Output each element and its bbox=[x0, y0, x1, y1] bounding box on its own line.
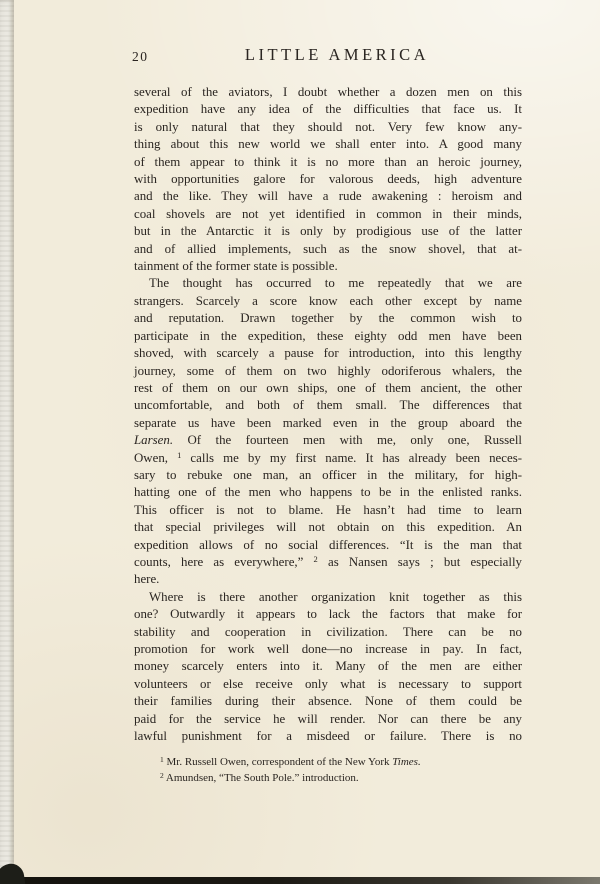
text-line: with opportunities galore for valorous d… bbox=[134, 171, 522, 188]
book-page-scan: 20 LITTLE AMERICA several of the aviator… bbox=[0, 0, 600, 884]
text-line: participate in the expedition, these eig… bbox=[134, 328, 522, 345]
text-line: uncomfortable, and both of them small. T… bbox=[134, 397, 522, 414]
text-line: their families during their absence. Non… bbox=[134, 693, 522, 710]
text-line: separate us have been marked even in the… bbox=[134, 415, 522, 432]
text-line: of them appear to think it is no more th… bbox=[134, 154, 522, 171]
text-line: several of the aviators, I doubt whether… bbox=[134, 84, 522, 101]
text-line: This officer is not to blame. He hasn’t … bbox=[134, 502, 522, 519]
text-line: expedition allows of no social differenc… bbox=[134, 537, 522, 554]
text-line: counts, here as everywhere,” 2 as Nansen… bbox=[134, 554, 522, 571]
text-line: is only natural that they should not. Ve… bbox=[134, 119, 522, 136]
text-line: lawful punishment for a misdeed or failu… bbox=[134, 728, 522, 745]
page-number: 20 bbox=[132, 49, 149, 65]
text-line: strangers. Scarcely a score know each ot… bbox=[134, 293, 522, 310]
text-line: that special privileges will not obtain … bbox=[134, 519, 522, 536]
page-deckle-edge bbox=[0, 0, 14, 884]
text-column: 20 LITTLE AMERICA several of the aviator… bbox=[134, 46, 522, 786]
text-line: but in the Antarctic it is only by prodi… bbox=[134, 223, 522, 240]
text-line: and of allied implements, such as the sn… bbox=[134, 241, 522, 258]
text-line: promotion for work well done—no increase… bbox=[134, 641, 522, 658]
text-line: rest of them on our own ships, one of th… bbox=[134, 380, 522, 397]
text-line: shoved, with scarcely a pause for introd… bbox=[134, 345, 522, 362]
footnotes: 1 Mr. Russell Owen, correspondent of the… bbox=[134, 755, 522, 786]
text-line: tainment of the former state is possible… bbox=[134, 258, 522, 275]
body-text: several of the aviators, I doubt whether… bbox=[134, 84, 522, 745]
text-line: and the like. They will have a rude awak… bbox=[134, 188, 522, 205]
text-line: and reputation. Drawn together by the co… bbox=[134, 310, 522, 327]
text-line: 2 Amundsen, “The South Pole.” introducti… bbox=[160, 771, 522, 787]
text-line: paid for the service he will render. Nor… bbox=[134, 711, 522, 728]
text-line: money scarcely enters into it. Many of t… bbox=[134, 658, 522, 675]
text-line: coal shovels are not yet identified in c… bbox=[134, 206, 522, 223]
text-line: here. bbox=[134, 571, 522, 588]
text-line: Owen, 1 calls me by my first name. It ha… bbox=[134, 450, 522, 467]
text-line: Larsen. Of the fourteen men with me, onl… bbox=[134, 432, 522, 449]
text-line: Where is there another organization knit… bbox=[134, 589, 522, 606]
text-line: The thought has occurred to me repeatedl… bbox=[134, 275, 522, 292]
text-line: expedition have any idea of the difficul… bbox=[134, 101, 522, 118]
text-line: volunteers or else receive only what is … bbox=[134, 676, 522, 693]
book-cover-corner bbox=[0, 862, 26, 884]
book-bottom-edge bbox=[0, 877, 600, 884]
running-title: LITTLE AMERICA bbox=[245, 45, 429, 65]
text-line: thing about this new world we shall ente… bbox=[134, 136, 522, 153]
text-line: journey, some of them on two highly odor… bbox=[134, 363, 522, 380]
text-line: 1 Mr. Russell Owen, correspondent of the… bbox=[160, 755, 522, 771]
text-line: stability and cooperation in civilizatio… bbox=[134, 624, 522, 641]
text-line: one? Outwardly it appears to lack the fa… bbox=[134, 606, 522, 623]
text-line: sary to rebuke one man, an officer in th… bbox=[134, 467, 522, 484]
text-line: hatting one of the men who happens to be… bbox=[134, 484, 522, 501]
page-header: 20 LITTLE AMERICA bbox=[134, 46, 522, 65]
